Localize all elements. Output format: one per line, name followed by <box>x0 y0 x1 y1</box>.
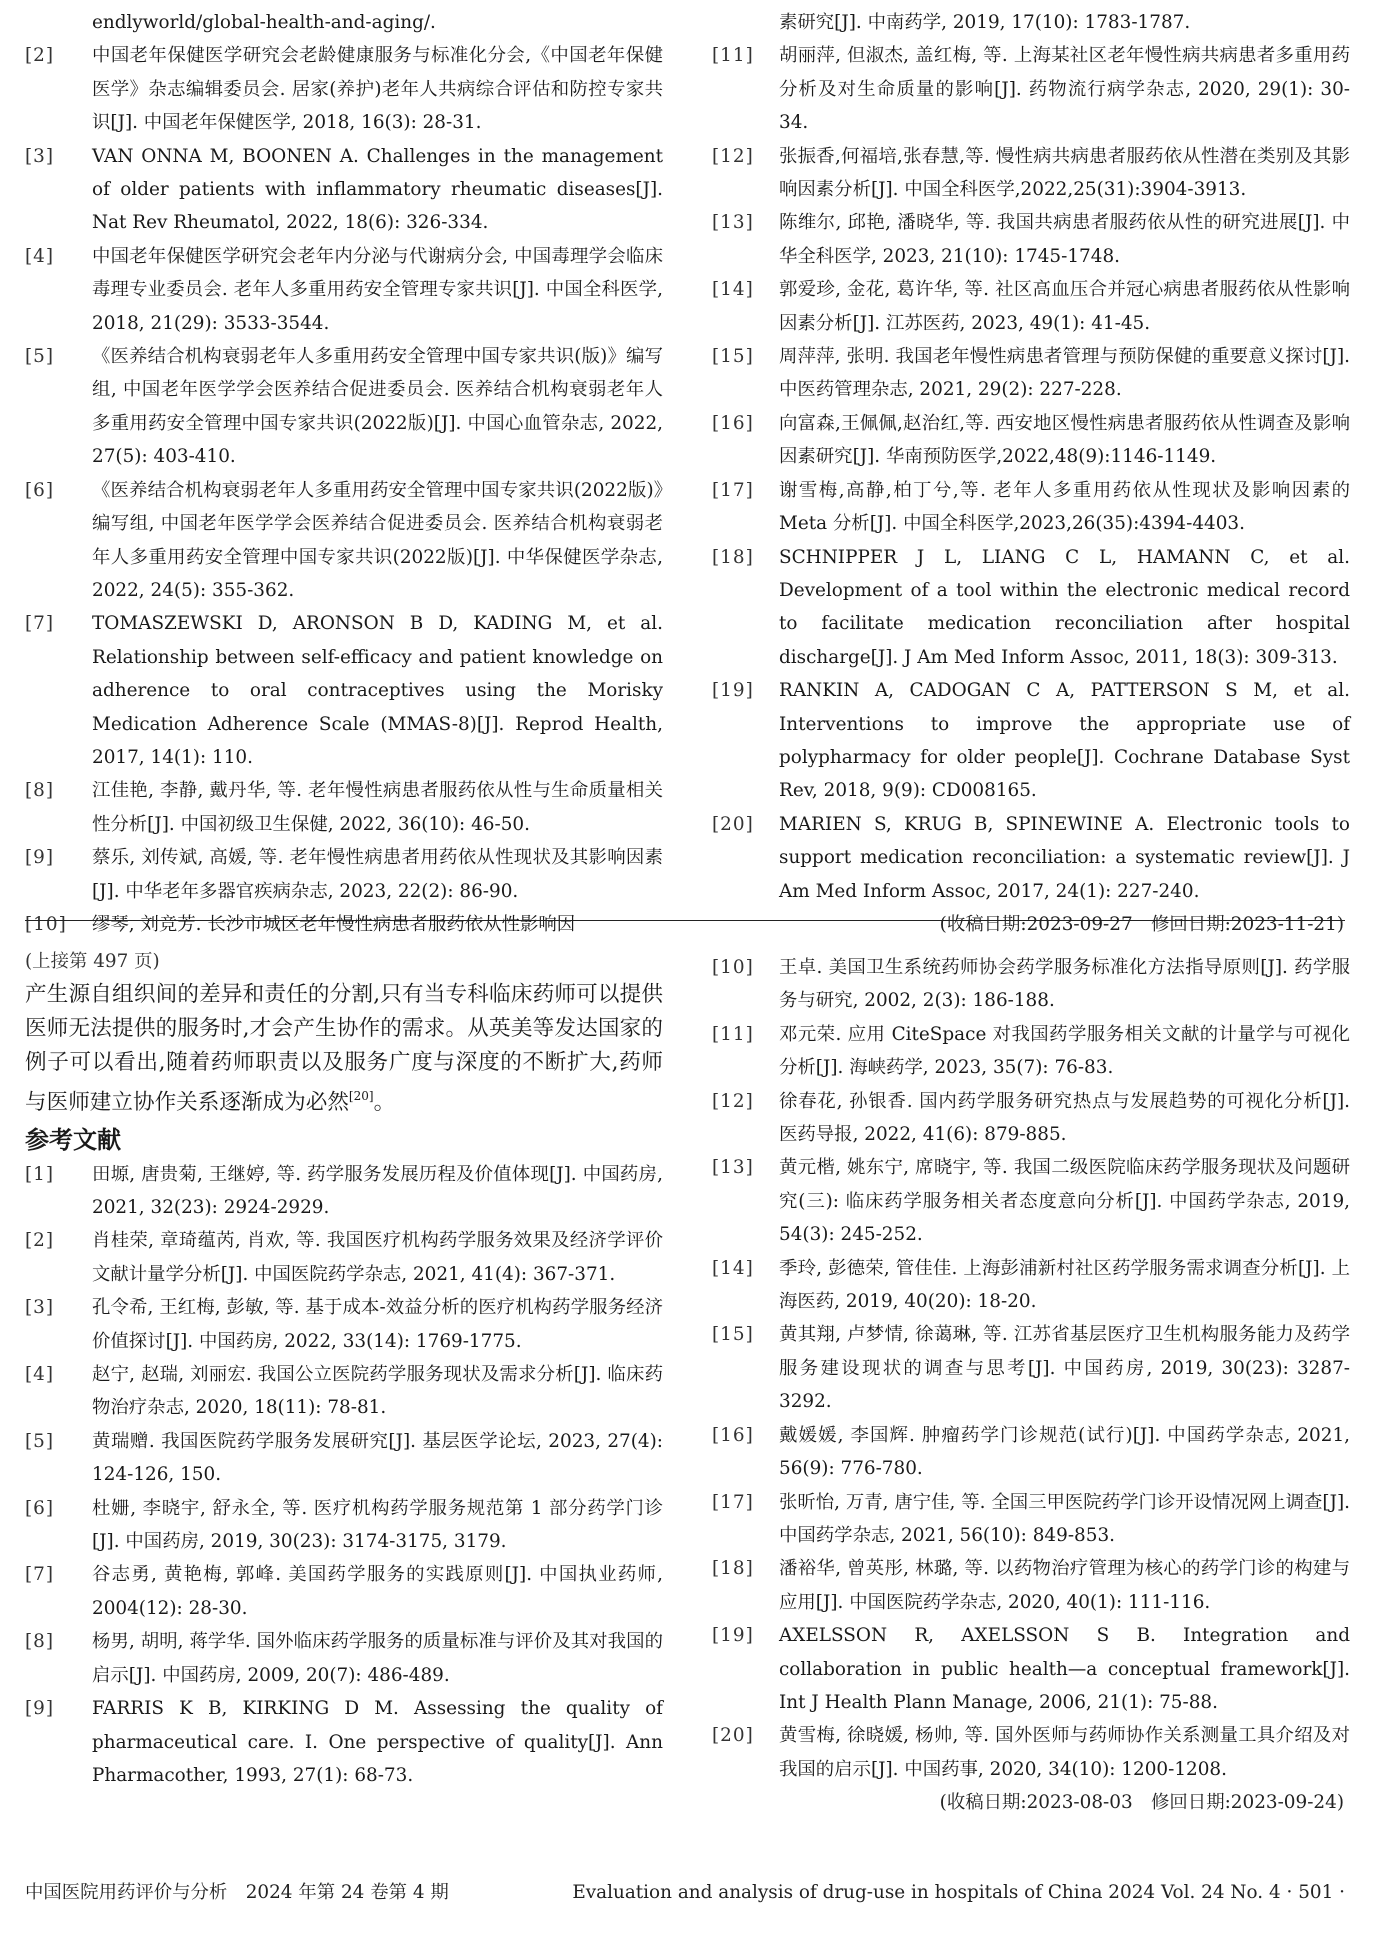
reference-list: [1]田塬, 唐贵菊, 王继婷, 等. 药学服务发展历程及价值体现[J]. 中国… <box>25 1158 663 1793</box>
footer-journal-en: Evaluation and analysis of drug-use in h… <box>572 1878 1345 1908</box>
reference-number: [6] <box>25 1492 92 1525</box>
reference-text: 郭爱珍, 金花, 葛许华, 等. 社区高血压合并冠心病患者服药依从性影响因素分析… <box>779 273 1350 340</box>
reference-text: 江佳艳, 李静, 戴丹华, 等. 老年慢性病患者服药依从性与生命质量相关性分析[… <box>92 774 663 841</box>
reference-number: [9] <box>25 841 92 874</box>
reference-number: [17] <box>712 1486 779 1519</box>
reference-item: [8]江佳艳, 李静, 戴丹华, 等. 老年慢性病患者服药依从性与生命质量相关性… <box>25 774 663 841</box>
reference-number: [8] <box>25 1625 92 1658</box>
reference-text: 《医养结合机构衰弱老年人多重用药安全管理中国专家共识(2022版)》编写组, 中… <box>92 474 663 608</box>
reference-number: [2] <box>25 39 92 72</box>
reference-number: [8] <box>25 774 92 807</box>
reference-item: [1]田塬, 唐贵菊, 王继婷, 等. 药学服务发展历程及价值体现[J]. 中国… <box>25 1158 663 1225</box>
reference-item: [9]蔡乐, 刘传斌, 高媛, 等. 老年慢性病患者用药依从性现状及其影响因素[… <box>25 841 663 908</box>
reference-text: VAN ONNA M, BOONEN A. Challenges in the … <box>92 140 663 240</box>
reference-number: [16] <box>712 1419 779 1452</box>
reference-list: [11]胡丽萍, 但淑杰, 盖红梅, 等. 上海某社区老年慢性病共病患者多重用药… <box>712 39 1350 908</box>
reference-item: [18]SCHNIPPER J L, LIANG C L, HAMANN C, … <box>712 541 1350 675</box>
reference-item: [2]肖桂荣, 章琦蕴芮, 肖欢, 等. 我国医疗机构药学服务效果及经济学评价文… <box>25 1224 663 1291</box>
reference-item: [2]中国老年保健医学研究会老龄健康服务与标准化分会,《中国老年保健医学》杂志编… <box>25 39 663 139</box>
reference-number: [18] <box>712 1552 779 1585</box>
reference-number: [20] <box>712 808 779 841</box>
reference-number: [13] <box>712 206 779 239</box>
reference-number: [17] <box>712 474 779 507</box>
reference-number: [13] <box>712 1151 779 1184</box>
reference-number: [12] <box>712 1085 779 1118</box>
reference-text: 季玲, 彭德荣, 管佳佳. 上海彭浦新村社区药学服务需求调查分析[J]. 上海医… <box>779 1252 1350 1319</box>
reference-number: [19] <box>712 1619 779 1652</box>
reference-text: 潘裕华, 曾英彤, 林璐, 等. 以药物治疗管理为核心的药学门诊的构建与应用[J… <box>779 1552 1350 1619</box>
reference-item: [6]杜姗, 李晓宇, 舒永全, 等. 医疗机构药学服务规范第 1 部分药学门诊… <box>25 1492 663 1559</box>
reference-number: [7] <box>25 1558 92 1591</box>
reference-text: FARRIS K B, KIRKING D M. Assessing the q… <box>92 1692 663 1792</box>
reference-item: [10]王卓. 美国卫生系统药师协会药学服务标准化方法指导原则[J]. 药学服务… <box>712 951 1350 1018</box>
paragraph-end-mark: 。 <box>374 1090 396 1115</box>
reference-text: RANKIN A, CADOGAN C A, PATTERSON S M, et… <box>779 674 1350 808</box>
reference-item: [13]陈维尔, 邱艳, 潘晓华, 等. 我国共病患者服药依从性的研究进展[J]… <box>712 206 1350 273</box>
reference-text: MARIEN S, KRUG B, SPINEWINE A. Electroni… <box>779 808 1350 908</box>
bottom-left-column: (上接第 497 页) 产生源自组织间的差异和责任的分割,只有当专科临床药师可以… <box>25 945 663 1792</box>
reference-number: [4] <box>25 1358 92 1391</box>
reference-text: SCHNIPPER J L, LIANG C L, HAMANN C, et a… <box>779 541 1350 675</box>
reference-item: [15]周萍萍, 张明. 我国老年慢性病患者管理与预防保健的重要意义探讨[J].… <box>712 340 1350 407</box>
reference-text: 胡丽萍, 但淑杰, 盖红梅, 等. 上海某社区老年慢性病共病患者多重用药分析及对… <box>779 39 1350 139</box>
reference-item: [3]VAN ONNA M, BOONEN A. Challenges in t… <box>25 140 663 240</box>
reference-text: 戴媛媛, 李国辉. 肿瘤药学门诊规范(试行)[J]. 中国药学杂志, 2021,… <box>779 1419 1350 1486</box>
reference-item: [16]戴媛媛, 李国辉. 肿瘤药学门诊规范(试行)[J]. 中国药学杂志, 2… <box>712 1419 1350 1486</box>
reference-text: 杜姗, 李晓宇, 舒永全, 等. 医疗机构药学服务规范第 1 部分药学门诊[J]… <box>92 1492 663 1559</box>
reference-item: [12]徐春花, 孙银香. 国内药学服务研究热点与发展趋势的可视化分析[J]. … <box>712 1085 1350 1152</box>
reference-continuation: endlyworld/global-health-and-aging/. <box>25 6 663 39</box>
reference-item: [3]孔令希, 王红梅, 彭敏, 等. 基于成本-效益分析的医疗机构药学服务经济… <box>25 1291 663 1358</box>
reference-text: 杨男, 胡明, 蒋学华. 国外临床药学服务的质量标准与评价及其对我国的启示[J]… <box>92 1625 663 1692</box>
reference-item: [12]张振香,何福培,张春慧,等. 慢性病共病患者服药依从性潜在类别及其影响因… <box>712 140 1350 207</box>
references-heading: 参考文献 <box>25 1122 663 1158</box>
reference-number: [14] <box>712 273 779 306</box>
reference-item: [19]RANKIN A, CADOGAN C A, PATTERSON S M… <box>712 674 1350 808</box>
reference-item: [5]黄瑞赠. 我国医院药学服务发展研究[J]. 基层医学论坛, 2023, 2… <box>25 1425 663 1492</box>
reference-text: 王卓. 美国卫生系统药师协会药学服务标准化方法指导原则[J]. 药学服务与研究,… <box>779 951 1350 1018</box>
reference-item: [15]黄其翔, 卢梦情, 徐蔼琳, 等. 江苏省基层医疗卫生机构服务能力及药学… <box>712 1318 1350 1418</box>
reference-list: [2]中国老年保健医学研究会老龄健康服务与标准化分会,《中国老年保健医学》杂志编… <box>25 39 663 941</box>
reference-list: [10]王卓. 美国卫生系统药师协会药学服务标准化方法指导原则[J]. 药学服务… <box>712 951 1350 1786</box>
reference-number: [5] <box>25 340 92 373</box>
top-right-column: 素研究[J]. 中南药学, 2019, 17(10): 1783-1787. [… <box>712 6 1350 941</box>
reference-text: 黄元楷, 姚东宁, 席晓宇, 等. 我国二级医院临床药学服务现状及问题研究(三)… <box>779 1151 1350 1251</box>
top-left-column: endlyworld/global-health-and-aging/. [2]… <box>25 6 663 941</box>
reference-item: [4]赵宁, 赵瑞, 刘丽宏. 我国公立医院药学服务现状及需求分析[J]. 临床… <box>25 1358 663 1425</box>
reference-item: [14]郭爱珍, 金花, 葛许华, 等. 社区高血压合并冠心病患者服药依从性影响… <box>712 273 1350 340</box>
reference-text: 蔡乐, 刘传斌, 高媛, 等. 老年慢性病患者用药依从性现状及其影响因素[J].… <box>92 841 663 908</box>
reference-text: 中国老年保健医学研究会老龄健康服务与标准化分会,《中国老年保健医学》杂志编辑委员… <box>92 39 663 139</box>
body-paragraph: 产生源自组织间的差异和责任的分割,只有当专科临床药师可以提供医师无法提供的服务时… <box>25 978 663 1119</box>
reference-number: [5] <box>25 1425 92 1458</box>
reference-item: [14]季玲, 彭德荣, 管佳佳. 上海彭浦新村社区药学服务需求调查分析[J].… <box>712 1252 1350 1319</box>
reference-text: 徐春花, 孙银香. 国内药学服务研究热点与发展趋势的可视化分析[J]. 医药导报… <box>779 1085 1350 1152</box>
reference-item: [7]谷志勇, 黄艳梅, 郭峰. 美国药学服务的实践原则[J]. 中国执业药师,… <box>25 1558 663 1625</box>
reference-item: [19]AXELSSON R, AXELSSON S B. Integratio… <box>712 1619 1350 1719</box>
reference-number: [2] <box>25 1224 92 1257</box>
reference-number: [1] <box>25 1158 92 1191</box>
reference-text: 黄瑞赠. 我国医院药学服务发展研究[J]. 基层医学论坛, 2023, 27(4… <box>92 1425 663 1492</box>
reference-number: [3] <box>25 1291 92 1324</box>
reference-item: [9]FARRIS K B, KIRKING D M. Assessing th… <box>25 1692 663 1792</box>
reference-number: [6] <box>25 474 92 507</box>
reference-number: [7] <box>25 607 92 640</box>
reference-text: TOMASZEWSKI D, ARONSON B D, KADING M, et… <box>92 607 663 774</box>
reference-number: [12] <box>712 140 779 173</box>
reference-item: [20]MARIEN S, KRUG B, SPINEWINE A. Elect… <box>712 808 1350 908</box>
article-divider <box>25 920 1345 921</box>
bottom-right-column: [10]王卓. 美国卫生系统药师协会药学服务标准化方法指导原则[J]. 药学服务… <box>712 945 1350 1820</box>
reference-number: [18] <box>712 541 779 574</box>
received-date-note: (收稿日期:2023-09-27 修回日期:2023-11-21) <box>712 908 1350 941</box>
reference-number: [9] <box>25 1692 92 1725</box>
reference-text: 黄雪梅, 徐晓媛, 杨帅, 等. 国外医师与药师协作关系测量工具介绍及对我国的启… <box>779 1719 1350 1786</box>
reference-number: [19] <box>712 674 779 707</box>
reference-text: 中国老年保健医学研究会老年内分泌与代谢病分会, 中国毒理学会临床毒理专业委员会.… <box>92 240 663 340</box>
reference-number: [11] <box>712 39 779 72</box>
reference-text: 谷志勇, 黄艳梅, 郭峰. 美国药学服务的实践原则[J]. 中国执业药师, 20… <box>92 1558 663 1625</box>
page-footer: 中国医院用药评价与分析 2024 年第 24 卷第 4 期 Evaluation… <box>25 1878 1345 1908</box>
reference-text: 缪琴, 刘竞芳. 长沙市城区老年慢性病患者服药依从性影响因 <box>92 908 663 941</box>
reference-item: [13]黄元楷, 姚东宁, 席晓宇, 等. 我国二级医院临床药学服务现状及问题研… <box>712 1151 1350 1251</box>
reference-text: AXELSSON R, AXELSSON S B. Integration an… <box>779 1619 1350 1719</box>
reference-text: 向富森,王佩佩,赵治红,等. 西安地区慢性病患者服药依从性调查及影响因素研究[J… <box>779 407 1350 474</box>
reference-text: 黄其翔, 卢梦情, 徐蔼琳, 等. 江苏省基层医疗卫生机构服务能力及药学服务建设… <box>779 1318 1350 1418</box>
received-date-note: (收稿日期:2023-08-03 修回日期:2023-09-24) <box>712 1786 1350 1819</box>
reference-number: [15] <box>712 340 779 373</box>
reference-item: [18]潘裕华, 曾英彤, 林璐, 等. 以药物治疗管理为核心的药学门诊的构建与… <box>712 1552 1350 1619</box>
reference-text: 肖桂荣, 章琦蕴芮, 肖欢, 等. 我国医疗机构药学服务效果及经济学评价文献计量… <box>92 1224 663 1291</box>
reference-text: 孔令希, 王红梅, 彭敏, 等. 基于成本-效益分析的医疗机构药学服务经济价值探… <box>92 1291 663 1358</box>
reference-text: 田塬, 唐贵菊, 王继婷, 等. 药学服务发展历程及价值体现[J]. 中国药房,… <box>92 1158 663 1225</box>
reference-text: 周萍萍, 张明. 我国老年慢性病患者管理与预防保健的重要意义探讨[J]. 中医药… <box>779 340 1350 407</box>
reference-number: [16] <box>712 407 779 440</box>
reference-item: [17]谢雪梅,高静,柏丁兮,等. 老年人多重用药依从性现状及影响因素的 Met… <box>712 474 1350 541</box>
continued-from-note: (上接第 497 页) <box>25 945 663 978</box>
reference-item: [11]邓元荣. 应用 CiteSpace 对我国药学服务相关文献的计量学与可视… <box>712 1018 1350 1085</box>
reference-item: [5]《医养结合机构衰弱老年人多重用药安全管理中国专家共识(版)》编写组, 中国… <box>25 340 663 474</box>
reference-number: [15] <box>712 1318 779 1351</box>
reference-item: [16]向富森,王佩佩,赵治红,等. 西安地区慢性病患者服药依从性调查及影响因素… <box>712 407 1350 474</box>
reference-item: [20]黄雪梅, 徐晓媛, 杨帅, 等. 国外医师与药师协作关系测量工具介绍及对… <box>712 1719 1350 1786</box>
reference-item: [11]胡丽萍, 但淑杰, 盖红梅, 等. 上海某社区老年慢性病共病患者多重用药… <box>712 39 1350 139</box>
reference-item: [6]《医养结合机构衰弱老年人多重用药安全管理中国专家共识(2022版)》编写组… <box>25 474 663 608</box>
reference-number: [10] <box>25 908 92 941</box>
reference-text: 谢雪梅,高静,柏丁兮,等. 老年人多重用药依从性现状及影响因素的 Meta 分析… <box>779 474 1350 541</box>
footer-journal-cn: 中国医院用药评价与分析 2024 年第 24 卷第 4 期 <box>25 1878 449 1908</box>
reference-text: 赵宁, 赵瑞, 刘丽宏. 我国公立医院药学服务现状及需求分析[J]. 临床药物治… <box>92 1358 663 1425</box>
reference-item: [4]中国老年保健医学研究会老年内分泌与代谢病分会, 中国毒理学会临床毒理专业委… <box>25 240 663 340</box>
reference-number: [10] <box>712 951 779 984</box>
reference-number: [20] <box>712 1719 779 1752</box>
reference-continuation: 素研究[J]. 中南药学, 2019, 17(10): 1783-1787. <box>712 6 1350 39</box>
reference-item: [8]杨男, 胡明, 蒋学华. 国外临床药学服务的质量标准与评价及其对我国的启示… <box>25 1625 663 1692</box>
reference-number: [4] <box>25 240 92 273</box>
reference-item: [10]缪琴, 刘竞芳. 长沙市城区老年慢性病患者服药依从性影响因 <box>25 908 663 941</box>
reference-text: 张振香,何福培,张春慧,等. 慢性病共病患者服药依从性潜在类别及其影响因素分析[… <box>779 140 1350 207</box>
reference-text: 陈维尔, 邱艳, 潘晓华, 等. 我国共病患者服药依从性的研究进展[J]. 中华… <box>779 206 1350 273</box>
reference-number: [3] <box>25 140 92 173</box>
body-paragraph-text: 产生源自组织间的差异和责任的分割,只有当专科临床药师可以提供医师无法提供的服务时… <box>25 982 663 1114</box>
reference-number: [14] <box>712 1252 779 1285</box>
reference-item: [7]TOMASZEWSKI D, ARONSON B D, KADING M,… <box>25 607 663 774</box>
reference-text: 邓元荣. 应用 CiteSpace 对我国药学服务相关文献的计量学与可视化分析[… <box>779 1018 1350 1085</box>
reference-text: 《医养结合机构衰弱老年人多重用药安全管理中国专家共识(版)》编写组, 中国老年医… <box>92 340 663 474</box>
citation-superscript[interactable]: [20] <box>349 1089 374 1103</box>
reference-text: 张昕怡, 万青, 唐宁佳, 等. 全国三甲医院药学门诊开设情况网上调查[J]. … <box>779 1486 1350 1553</box>
reference-item: [17]张昕怡, 万青, 唐宁佳, 等. 全国三甲医院药学门诊开设情况网上调查[… <box>712 1486 1350 1553</box>
reference-number: [11] <box>712 1018 779 1051</box>
